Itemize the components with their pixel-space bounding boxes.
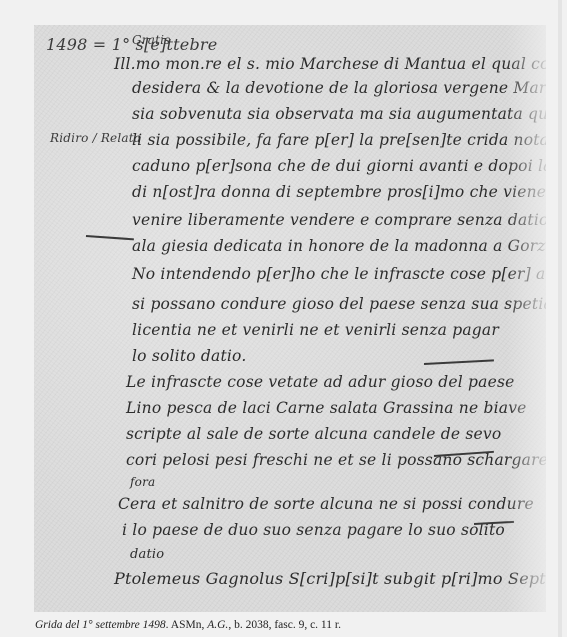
caption-reference: , b. 2038, fasc. 9, c. 11 r. <box>228 619 341 631</box>
manuscript-line: scripte al sale de sorte alcuna candele … <box>126 425 501 443</box>
caption-archive: ASMn, <box>171 619 205 631</box>
page-gutter <box>558 0 562 637</box>
manuscript-line: si possano condure gioso del paese senza… <box>132 295 546 313</box>
manuscript-line: sia sobvenuta sia observata ma sia augum… <box>132 105 546 123</box>
manuscript-line: i lo paese de duo suo senza pagare lo su… <box>122 521 505 539</box>
manuscript-line: licentia ne et venirli ne et venirli sen… <box>132 321 499 339</box>
manuscript-scan: 1498 = 1° s[e]ttebre Gratis Ridiro / Rel… <box>34 25 546 612</box>
manuscript-line: desidera & la devotione de la gloriosa v… <box>132 79 546 97</box>
manuscript-line: venire liberamente vendere e comprare se… <box>132 211 546 229</box>
manuscript-line: No intendendo p[er]ho che le infrascte c… <box>132 265 546 283</box>
manuscript-line: fora <box>130 475 155 489</box>
caption-fond: A.G. <box>207 619 228 631</box>
manuscript-line: Lino pesca de laci Carne salata Grassina… <box>126 399 527 417</box>
figure-caption: Grida del 1° settembre 1498. ASMn, A.G.,… <box>35 619 341 631</box>
manuscript-line: Cera et salnitro de sorte alcuna ne si p… <box>118 495 534 513</box>
manuscript-line: caduno p[er]sona che de dui giorni avant… <box>132 157 546 175</box>
manuscript-line: Ill.mo mon.re el s. mio Marchese di Mant… <box>114 55 546 73</box>
manuscript-signature: Ptolemeus Gagnolus S[cri]p[si]t subgit p… <box>114 569 546 588</box>
manuscript-line: ala giesia dedicata in honore de la mado… <box>132 237 546 255</box>
manuscript-line: Le infrascte cose vetate ad adur gioso d… <box>126 373 515 391</box>
caption-title: Grida del 1° settembre 1498 <box>35 619 166 631</box>
manuscript-line: li sia possibile, fa fare p[er] la pre[s… <box>132 131 546 149</box>
manuscript-line: lo solito datio. <box>132 347 246 365</box>
margin-note: Ridiro / Relata <box>50 131 141 145</box>
manuscript-line: datio <box>130 547 164 562</box>
pen-stroke <box>424 359 494 364</box>
pen-stroke <box>86 235 134 240</box>
margin-gratis: Gratis <box>132 33 171 47</box>
manuscript-line: cori pelosi pesi freschi ne et se li pos… <box>126 451 546 469</box>
manuscript-line: di n[ost]ra donna di septembre pros[i]mo… <box>132 183 546 201</box>
